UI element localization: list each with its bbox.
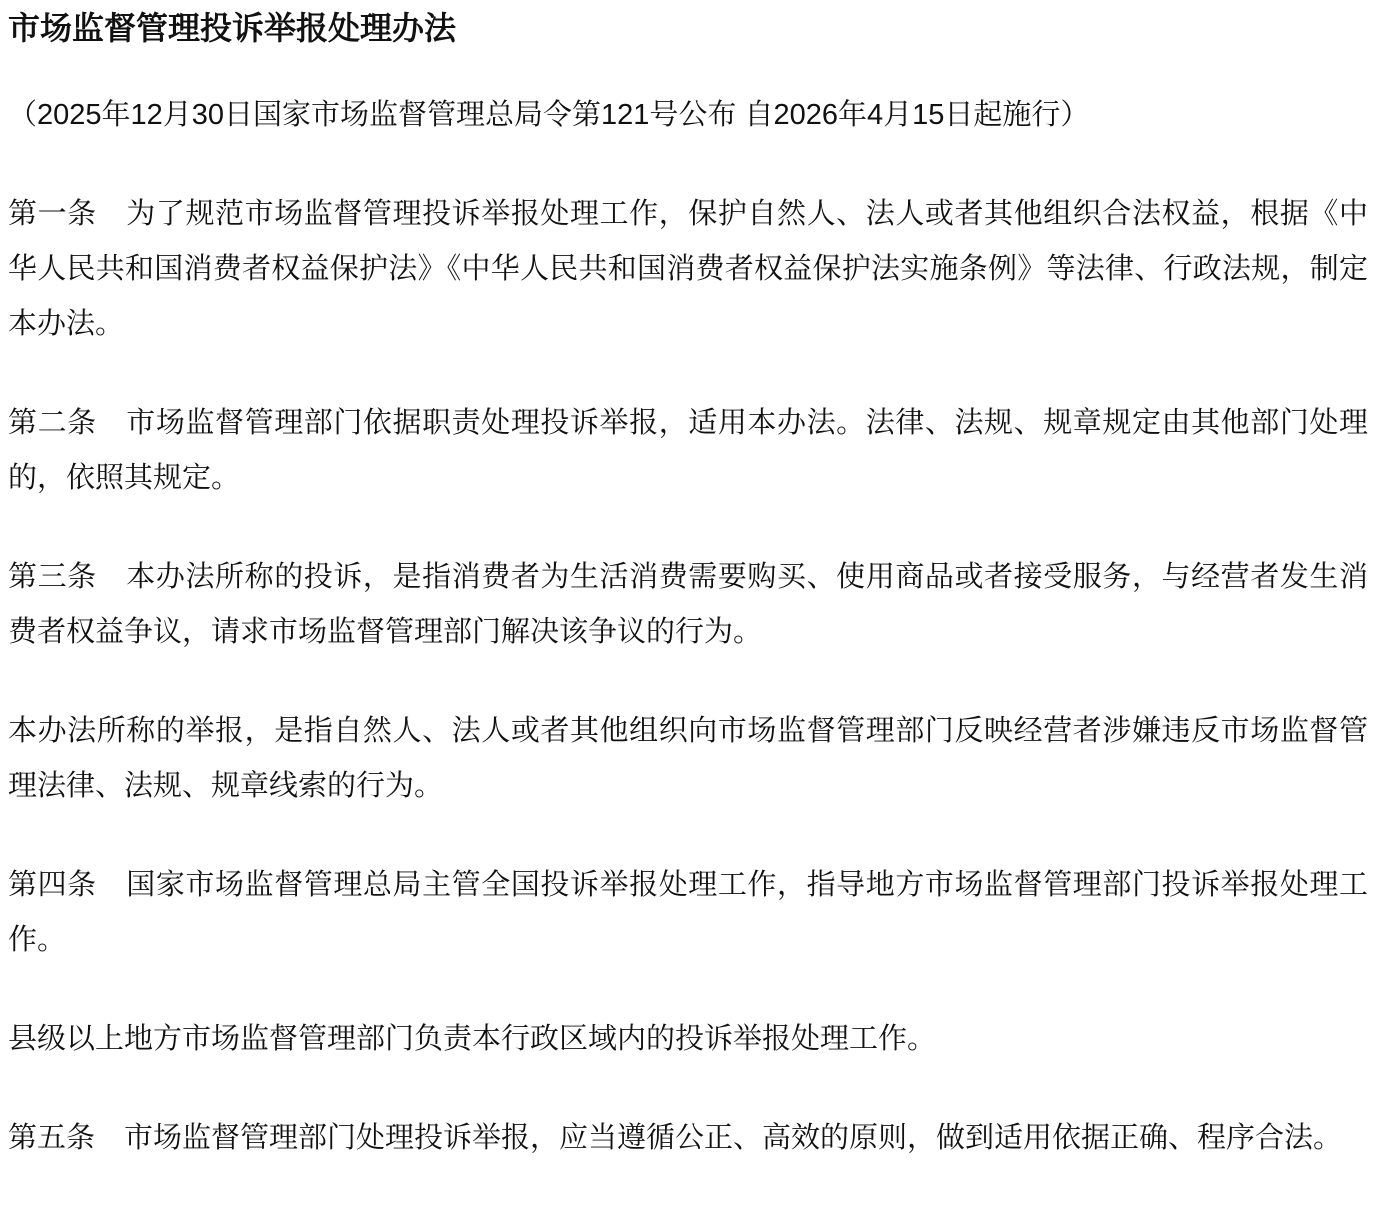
paragraph-article-4-clause-2: 县级以上地方市场监督管理部门负责本行政区域内的投诉举报处理工作。 xyxy=(8,1012,1368,1067)
document-subtitle: （2025年12月30日国家市场监督管理总局令第121号公布 自2026年4月1… xyxy=(8,88,1368,143)
document-page: 市场监督管理投诉举报处理办法 （2025年12月30日国家市场监督管理总局令第1… xyxy=(8,8,1368,1166)
paragraph-article-4: 第四条 国家市场监督管理总局主管全国投诉举报处理工作，指导地方市场监督管理部门投… xyxy=(8,858,1368,968)
document-title: 市场监督管理投诉举报处理办法 xyxy=(8,8,1368,48)
paragraph-article-2: 第二条 市场监督管理部门依据职责处理投诉举报，适用本办法。法律、法规、规章规定由… xyxy=(8,396,1368,506)
paragraph-article-5: 第五条 市场监督管理部门处理投诉举报，应当遵循公正、高效的原则，做到适用依据正确… xyxy=(8,1111,1368,1166)
paragraph-article-3-clause-2: 本办法所称的举报，是指自然人、法人或者其他组织向市场监督管理部门反映经营者涉嫌违… xyxy=(8,704,1368,814)
paragraph-article-1: 第一条 为了规范市场监督管理投诉举报处理工作，保护自然人、法人或者其他组织合法权… xyxy=(8,187,1368,352)
paragraph-article-3: 第三条 本办法所称的投诉，是指消费者为生活消费需要购买、使用商品或者接受服务，与… xyxy=(8,550,1368,660)
